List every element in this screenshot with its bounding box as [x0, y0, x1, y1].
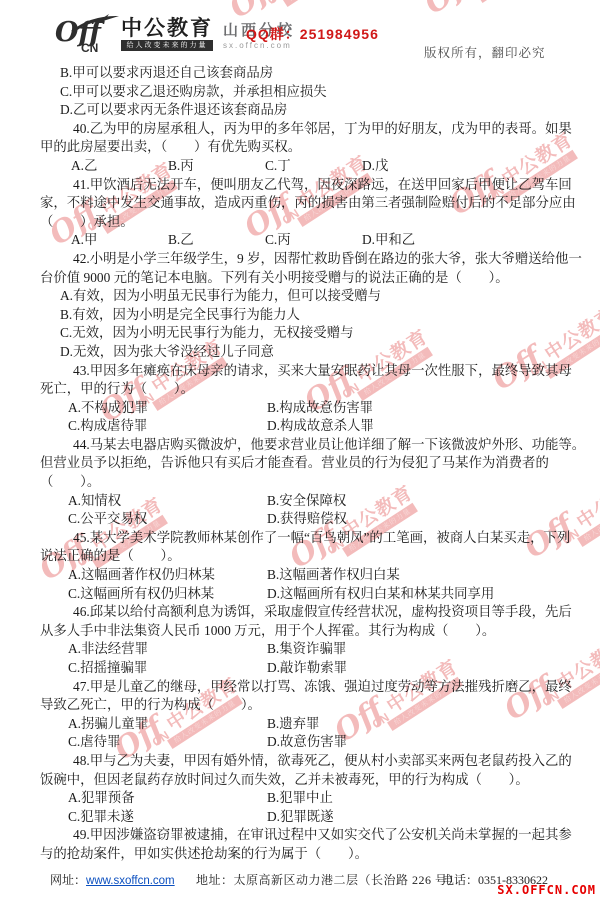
options-line: C.犯罪未遂D.犯罪既遂: [40, 808, 580, 827]
option-item: D.犯罪既遂: [267, 808, 334, 827]
options-line: A.有效，因为小明虽无民事行为能力，但可以接受赠与: [40, 287, 580, 306]
option-item: D.戊: [362, 157, 388, 176]
options-line: C.公平交易权D.获得赔偿权: [40, 510, 580, 529]
question-line: 42.小明是小学三年级学生，9 岁，因帮忙救助昏倒在路边的张大爷，张大爷赠送给他…: [40, 250, 580, 269]
option-item: D.故意伤害罪: [267, 733, 347, 752]
option-item: C.丙: [265, 231, 362, 250]
options-line: A.不构成犯罪B.构成故意伤害罪: [40, 399, 580, 418]
question-line: 47.甲是儿童乙的继母，甲经常以打骂、冻饿、强迫过度劳动等方法摧残折磨乙，最终: [40, 678, 580, 697]
options-line: C.招摇撞骗罪D.敲诈勒索罪: [40, 659, 580, 678]
logo-main: 中公教育 给人改变未来的力量: [121, 17, 213, 51]
qq-group-label: QQ群：251984956: [246, 24, 379, 44]
text-line: （ ）。: [40, 473, 580, 492]
option-item: D.获得赔偿权: [267, 510, 347, 529]
question-line: 41.甲饮酒后无法开车，便叫朋友乙代驾，因夜深路远，在送甲回家后甲便让乙驾车回: [40, 176, 580, 195]
options-line: A.非法经营罪B.集资诈骗罪: [40, 640, 580, 659]
option-item: C.丁: [265, 157, 362, 176]
option-item: A.知情权: [68, 492, 267, 511]
text-line: 死亡，甲的行为（ ）。: [40, 380, 580, 399]
question-line: 46.邱某以给付高额利息为诱饵，采取虚假宣传经营状况，虚构投资项目等手段，先后: [40, 603, 580, 622]
option-item: B.这幅画著作权归白某: [267, 566, 400, 585]
site-badge: SX.OFFCN.COM: [497, 883, 596, 897]
website-link[interactable]: www.sxoffcn.com: [86, 875, 175, 887]
option-item: A.拐骗儿童罪: [68, 715, 267, 734]
option-item: D.构成故意杀人罪: [267, 417, 374, 436]
option-item: B.遗弃罪: [267, 715, 319, 734]
options-line: C.构成虐待罪D.构成故意杀人罪: [40, 417, 580, 436]
options-line: A.拐骗儿童罪B.遗弃罪: [40, 715, 580, 734]
text-line: 但营业员予以拒绝，告诉他只有买后才能查看。营业员的行为侵犯了马某作为消费者的: [40, 454, 580, 473]
option-item: B.集资诈骗罪: [267, 640, 346, 659]
question-line: 43.甲因多年瘫痪在床母亲的请求，买来大量安眠药让其母一次性服下，最终导致其母: [40, 362, 580, 381]
option-item: D.这幅画所有权归白某和林某共同享用: [267, 585, 494, 604]
exam-page: OffCN中公教育给人改变未来的力量OffCN中公教育给人改变未来的力量OffC…: [0, 0, 600, 900]
footer: 网址：www.sxoffcn.com 地址：太原高新区动力港二层（长治路 226…: [0, 868, 600, 900]
footer-website: 网址：www.sxoffcn.com: [50, 871, 175, 888]
text-line: 从多人手中非法集资人民币 1000 万元，用于个人挥霍。其行为构成（ ）。: [40, 622, 580, 641]
question-line: 44.马某去电器店购买微波炉，他要求营业员让他详细了解一下该微波炉外形、功能等。: [40, 436, 580, 455]
option-item: B.乙: [168, 231, 265, 250]
option-item: C.虐待罪: [68, 733, 267, 752]
options-line: B.有效，因为小明是完全民事行为能力人: [40, 306, 580, 325]
options-line: A.这幅画著作权仍归林某B.这幅画著作权归白某: [40, 566, 580, 585]
options-line: B.甲可以要求丙退还自己该套商品房: [40, 64, 580, 83]
options-line: A.犯罪预备B.犯罪中止: [40, 789, 580, 808]
option-item: A.犯罪预备: [68, 789, 267, 808]
options-line: C.虐待罪D.故意伤害罪: [40, 733, 580, 752]
options-line: C.甲可以要求乙退还购房款，并承担相应损失: [40, 83, 580, 102]
footer-address: 地址：太原高新区动力港二层（长治路 226 号）: [196, 871, 460, 888]
options-line: C.这幅画所有权仍归林某D.这幅画所有权归白某和林某共同享用: [40, 585, 580, 604]
logo-tagline: 给人改变未来的力量: [121, 40, 213, 51]
options-line: D.乙可以要求丙无条件退还该套商品房: [40, 101, 580, 120]
logo-cn-text: CN: [81, 41, 98, 55]
logo-brand-name: 中公教育: [121, 17, 213, 39]
option-item: C.招摇撞骗罪: [68, 659, 267, 678]
text-line: 甲的此房屋要出卖，（ ）有优先购买权。: [40, 138, 580, 157]
text-line: 饭碗中，但因老鼠药存放时间过久而失效，乙并未被毒死，甲的行为构成（ ）。: [40, 771, 580, 790]
option-item: A.非法经营罪: [68, 640, 267, 659]
question-text-body: B.甲可以要求丙退还自己该套商品房C.甲可以要求乙退还购房款，并承担相应损失D.…: [40, 64, 580, 864]
option-item: B.构成故意伤害罪: [267, 399, 373, 418]
copyright-notice: 版权所有，翻印必究: [424, 43, 546, 61]
text-line: 台价值 9000 元的笔记本电脑。下列有关小明接受赠与的说法正确的是（ ）。: [40, 269, 580, 288]
question-line: 45.某大学美术学院教师林某创作了一幅“百鸟朝凤”的工笔画，被商人白某买走，下列: [40, 529, 580, 548]
option-item: C.构成虐待罪: [68, 417, 267, 436]
offcn-logo-mark: Off CN: [55, 17, 117, 57]
option-item: D.甲和乙: [362, 231, 415, 250]
option-item: A.甲: [71, 231, 168, 250]
option-item: C.这幅画所有权仍归林某: [68, 585, 267, 604]
question-line: 48.甲与乙为夫妻，甲因有婚外情，欲毒死乙，便从村小卖部买来两包老鼠药投入乙的: [40, 752, 580, 771]
website-label: 网址：: [50, 873, 86, 887]
option-item: A.不构成犯罪: [68, 399, 267, 418]
options-line: A.知情权B.安全保障权: [40, 492, 580, 511]
option-item: C.公平交易权: [68, 510, 267, 529]
option-item: B.丙: [168, 157, 265, 176]
option-item: C.犯罪未遂: [68, 808, 267, 827]
text-line: （ ）承担。: [40, 213, 580, 232]
options-line: A.乙B.丙C.丁D.戊: [40, 157, 580, 176]
text-line: 家，不料途中发生交通事故，造成丙重伤，丙的损害由第三者强制险赔付后的不足部分应由: [40, 194, 580, 213]
text-line: 与的抢劫案件，甲如实供述抢劫案的行为属于（ ）。: [40, 845, 580, 864]
option-item: D.敲诈勒索罪: [267, 659, 347, 678]
option-item: B.安全保障权: [267, 492, 346, 511]
text-line: 说法正确的是（ ）。: [40, 547, 580, 566]
question-line: 49.甲因涉嫌盗窃罪被逮捕，在审讯过程中又如实交代了公安机关尚未掌握的一起其参: [40, 826, 580, 845]
options-line: C.无效，因为小明无民事行为能力，无权接受赠与: [40, 324, 580, 343]
options-line: D.无效，因为张大爷没经过儿子同意: [40, 343, 580, 362]
header: Off CN 中公教育 给人改变未来的力量 山西分校 sx.offcn.com …: [0, 0, 600, 62]
question-line: 40.乙为甲的房屋承租人，丙为甲的多年邻居，丁为甲的好朋友，戊为甲的表哥。如果: [40, 120, 580, 139]
option-item: A.乙: [71, 157, 168, 176]
option-item: B.犯罪中止: [267, 789, 333, 808]
options-line: A.甲B.乙C.丙D.甲和乙: [40, 231, 580, 250]
text-line: 导致乙死亡，甲的行为构成（ ）。: [40, 696, 580, 715]
option-item: A.这幅画著作权仍归林某: [68, 566, 267, 585]
